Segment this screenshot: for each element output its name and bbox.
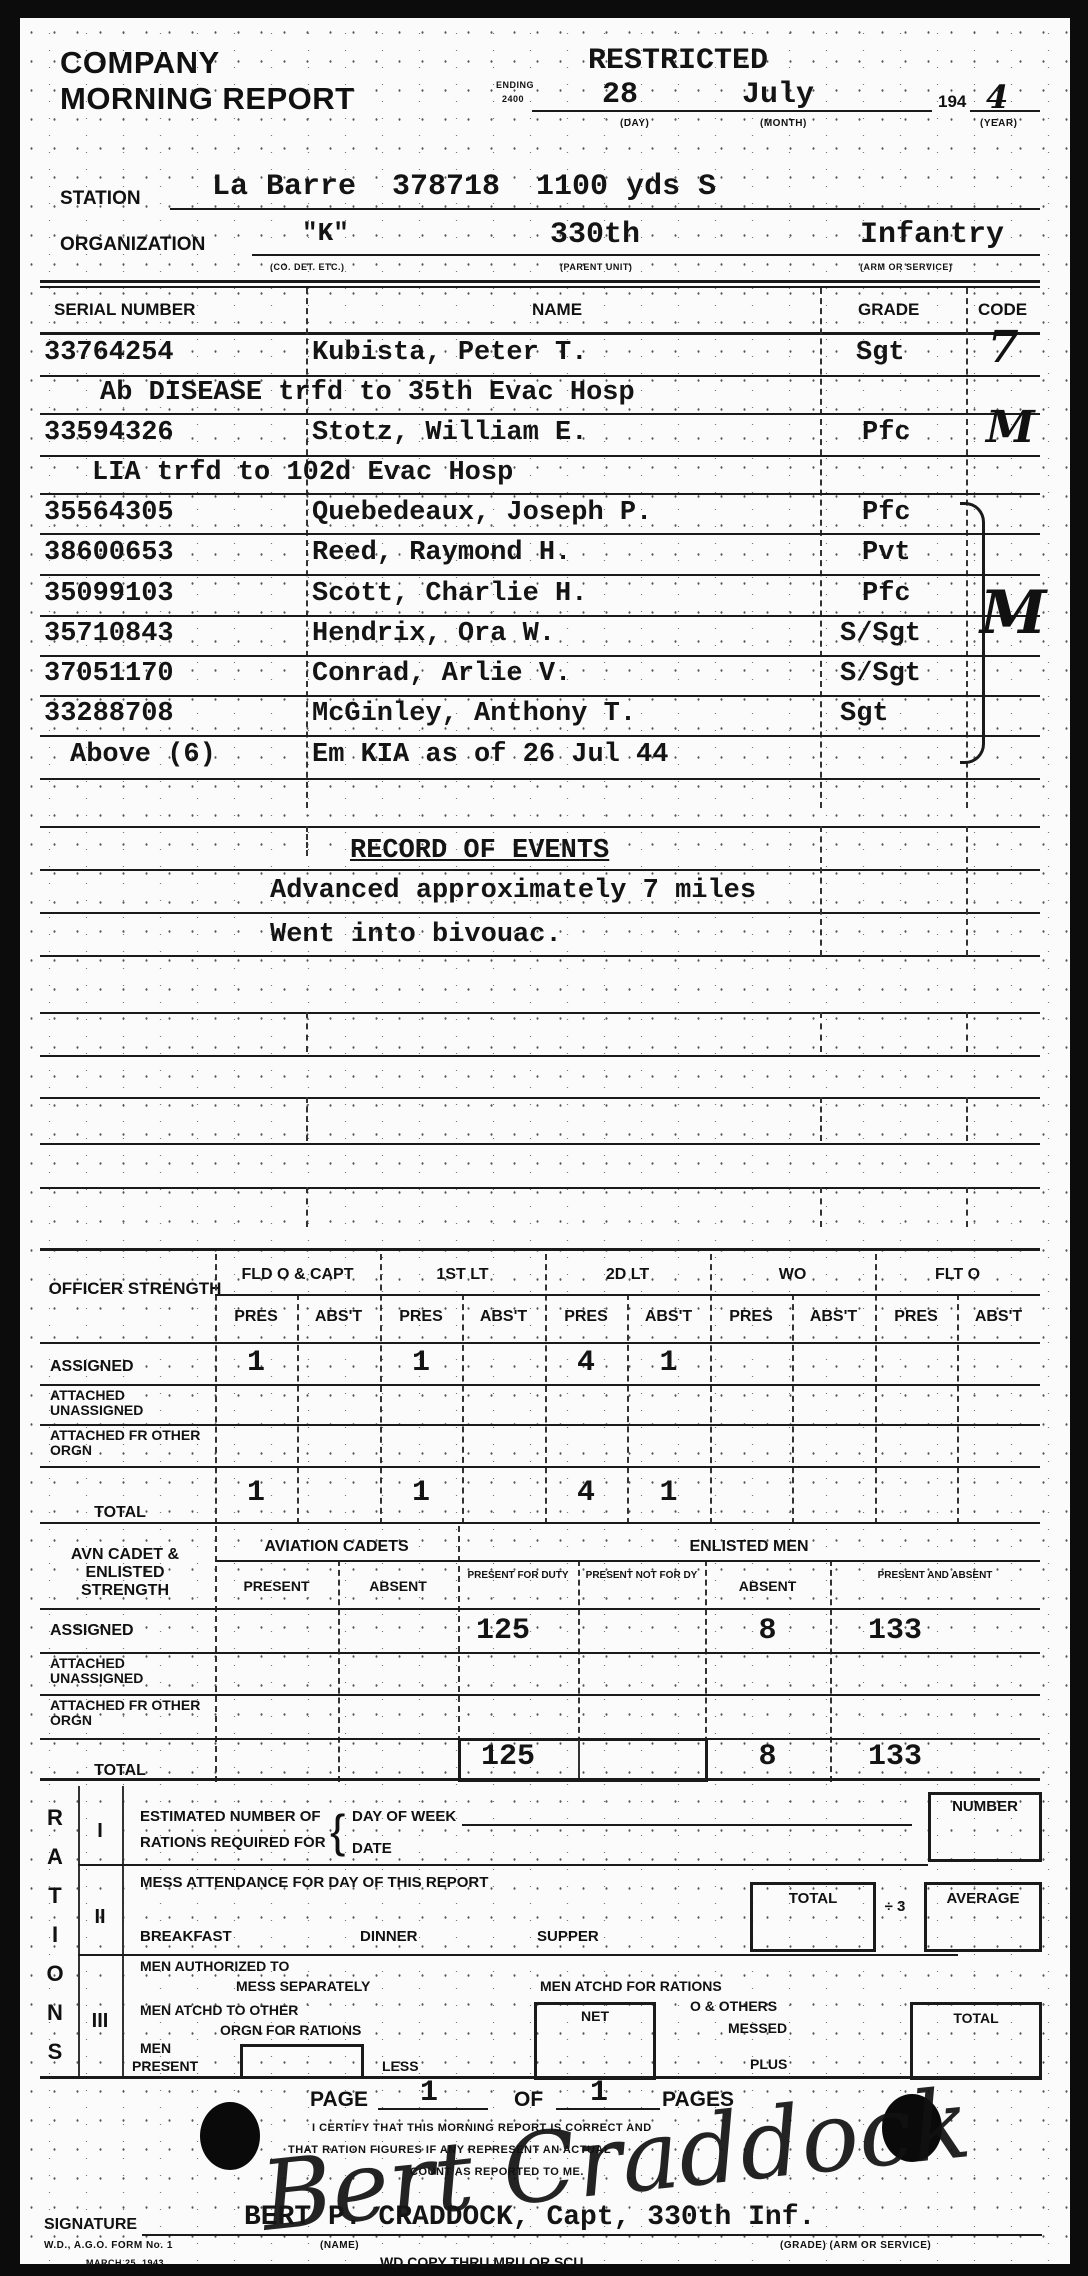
subcol-present-not-for-duty: PRESENT NOT FOR DY [578,1568,705,1584]
col-divider [306,1097,308,1141]
name-cell[interactable]: Quebedeaux, Joseph P. [312,498,652,528]
name-caption: (NAME) [320,2240,359,2251]
mess-separately-label: MESS SEPARATELY [236,1978,370,1994]
col-divider [306,826,308,856]
value-cell[interactable]: 1 [627,1346,710,1380]
col-divider [966,1187,968,1227]
enlisted-men-header: ENLISTED MEN [458,1538,1040,1556]
value-cell[interactable]: 1 [627,1476,710,1510]
report-year[interactable]: 4 [986,78,1008,116]
organization-underline [252,254,1040,256]
value-cell[interactable]: 133 [830,1740,960,1774]
code-cell[interactable]: M [986,402,1035,453]
col-divider [966,826,968,956]
serial-cell[interactable]: 33764254 [44,338,174,368]
aviation-cadets-header: AVIATION CADETS [215,1538,458,1556]
group-fld-capt: FLD O & CAPT [215,1266,380,1284]
divide-by-three: ÷ 3 [880,1898,910,1915]
value-cell[interactable]: 8 [705,1614,830,1648]
value-cell[interactable]: 125 [458,1740,558,1774]
row-line [40,1097,1040,1099]
copy-note: WD COPY THRU MRU OR SCU [380,2254,584,2270]
col-divider [820,1097,822,1141]
signer-name[interactable]: BERT P. CRADDOCK, Capt, 330th Inf. [244,2202,815,2233]
grade-cell[interactable]: Pfc [862,579,911,609]
signature-line [142,2234,1042,2236]
breakfast-label: BREAKFAST [140,1928,232,1945]
subcol-pres: PRES [215,1308,297,1326]
ending-time: 2400 [502,94,524,104]
remark-cell[interactable]: Ab DISEASE trfd to 35th Evac Hosp [100,378,635,408]
name-cell[interactable]: Hendrix, Ora W. [312,619,555,649]
name-cell[interactable]: McGinley, Anthony T. [312,699,636,729]
name-cell[interactable]: Kubista, Peter T. [312,338,587,368]
company-value[interactable]: "K" [302,218,349,248]
subcol-enlisted-absent: ABSENT [705,1578,830,1594]
row-line [40,826,1040,828]
col-divider [306,1187,308,1227]
men-present-label-1: MEN [140,2040,171,2056]
remark-cell[interactable]: LIA trfd to 102d Evac Hosp [92,458,513,488]
parent-unit-value[interactable]: 330th [550,218,640,252]
subcol-abst: ABS'T [792,1308,875,1326]
men-present-box[interactable] [240,2044,364,2079]
serial-cell[interactable]: 35099103 [44,579,174,609]
grade-cell[interactable]: Pfc [862,498,911,528]
event-line-2[interactable]: Went into bivouac. [270,920,562,950]
officer-strength-title: OFFICER STRENGTH [40,1280,230,1298]
row-line [40,375,1040,377]
net-label: NET [534,2008,656,2024]
rations-side-label: RATIONS [40,1798,70,2071]
row-line [40,912,1040,914]
subcol-pres: PRES [545,1308,627,1326]
row-line [40,493,1040,495]
grade-cell[interactable]: Sgt [856,338,905,368]
ending-label: ENDING [496,80,534,90]
rations-section: RATIONS I ESTIMATED NUMBER OF RATIONS RE… [40,1786,1040,2076]
col-divider-2 [820,288,822,808]
less-label: LESS [382,2058,419,2074]
group-wo: WO [710,1266,875,1284]
section-iii-numeral: III [78,2010,122,2033]
year-prefix: 194 [938,92,966,112]
grade-cell[interactable]: Pfc [862,418,911,448]
row-line [40,413,1040,415]
subcol-abst: ABS'T [957,1308,1040,1326]
serial-cell[interactable]: 35564305 [44,498,174,528]
row-line [40,735,1040,737]
table-top-border [40,280,1040,283]
grade-caption: (GRADE) (ARM OR SERVICE) [780,2240,931,2251]
grade-cell[interactable]: Sgt [840,699,889,729]
day-caption: (DAY) [620,118,649,129]
plus-label: PLUS [750,2056,787,2072]
row-line [40,1187,1040,1189]
form-id: W.D., A.G.O. FORM No. 1 [44,2240,173,2251]
col-divider [820,1012,822,1052]
code-cell[interactable]: 7 [988,322,1019,373]
men-present-label-2: PRESENT [132,2058,198,2074]
row-line [40,574,1040,576]
subcol-present: PRESENT [215,1578,338,1594]
row-label-total: TOTAL [60,1504,180,1522]
subcol-pres: PRES [380,1308,462,1326]
subcol-pres: PRES [875,1308,957,1326]
section-ii-numeral: II [78,1906,122,1929]
subcol-abst: ABS'T [297,1308,380,1326]
name-cell[interactable]: Conrad, Arlie V. [312,659,571,689]
estimated-rations-label: ESTIMATED NUMBER OF [140,1808,321,1825]
enlisted-strength-table: AVN CADET & ENLISTED STRENGTH AVIATION C… [40,1526,1040,1782]
value-cell[interactable]: 4 [545,1346,627,1380]
section-i-numeral: I [78,1820,122,1843]
row-label-assigned: ASSIGNED [40,1358,170,1376]
col-divider [306,1012,308,1052]
enlisted-strength-title: AVN CADET & ENLISTED STRENGTH [40,1546,210,1600]
row-line [40,695,1040,697]
men-atchd-rations-label: MEN ATCHD FOR RATIONS [540,1978,722,1994]
row-label-attached-unassigned: ATTACHED UNASSIGNED [40,1656,210,1686]
rations-required-label: RATIONS REQUIRED FOR [140,1834,326,1851]
name-cell[interactable]: Scott, Charlie H. [312,579,587,609]
report-day[interactable]: 28 [602,78,638,112]
row-label-attached-fr-other: ATTACHED FR OTHER ORGN [40,1428,210,1458]
value-cell[interactable]: 125 [458,1614,548,1648]
row-line [40,1143,1040,1145]
section-divider [40,1248,1040,1251]
row-label-attached-unassigned: ATTACHED UNASSIGNED [40,1388,210,1418]
record-of-events-title: RECORD OF EVENTS [350,836,609,866]
row-label-attached-fr-other: ATTACHED FR OTHER ORGN [40,1698,210,1728]
dinner-label: DINNER [360,1928,418,1945]
value-cell[interactable]: 133 [830,1614,960,1648]
men-atchd-other-label: MEN ATCHD TO OTHER [140,2002,298,2018]
binder-hole-left [200,2102,260,2170]
date-underline [532,110,932,112]
o-and-others-label: O & OTHERS [690,1998,777,2014]
row-line [40,533,1040,535]
day-of-week-line [462,1824,912,1826]
year-caption: (YEAR) [980,118,1017,129]
col-divider [820,826,822,956]
summary-remark-cell[interactable]: Em KIA as of 26 Jul 44 [312,740,668,770]
arm-caption: (ARM OR SERVICE) [860,262,952,272]
name-cell[interactable]: Reed, Raymond H. [312,538,571,568]
station-underline [170,208,1040,210]
brace-icon: { [330,1804,345,1858]
subcol-pres: PRES [710,1308,792,1326]
mess-total-label: TOTAL [750,1890,876,1907]
serial-cell[interactable]: 35710843 [44,619,174,649]
col-divider-1 [306,288,308,808]
station-value[interactable]: La Barre 378718 1100 yds S [212,170,716,204]
row-line [40,1012,1040,1014]
row-line [40,1055,1040,1057]
value-cell[interactable]: 1 [215,1346,297,1380]
arm-value[interactable]: Infantry [860,218,1004,252]
col-header-serial: SERIAL NUMBER [54,300,195,320]
mess-attendance-label: MESS ATTENDANCE FOR DAY OF THIS REPORT [140,1874,488,1891]
subcol-abst: ABS'T [627,1308,710,1326]
grade-cell[interactable]: S/Sgt [840,659,921,689]
col-divider [966,1097,968,1141]
group-code-mark[interactable]: M [980,578,1046,648]
month-caption: (MONTH) [760,118,807,129]
row-line [40,615,1040,617]
serial-cell[interactable]: 37051170 [44,659,174,689]
form-title-line1: COMPANY [60,46,220,80]
officer-strength-table: OFFICER STRENGTH FLD O & CAPT 1ST LT 2D … [40,1254,1040,1526]
page-number[interactable]: 1 [420,2076,438,2110]
col-header-name: NAME [532,300,582,320]
men-authorized-label: MEN AUTHORIZED TO [140,1958,289,1974]
subcol-present-and-absent: PRESENT AND ABSENT [830,1568,1040,1584]
group-1st-lt: 1ST LT [380,1266,545,1284]
company-caption: (CO. DET. ETC.) [270,262,345,272]
orgn-rations-label: ORGN FOR RATIONS [220,2022,361,2038]
row-line [40,869,1040,871]
subcol-present-for-duty: PRESENT FOR DUTY [458,1568,578,1584]
day-of-week-label: DAY OF WEEK [352,1808,456,1825]
group-flt-o: FLT O [875,1266,1040,1284]
signature-label: SIGNATURE [44,2216,137,2234]
messed-label: MESSED [728,2020,787,2036]
row-line [40,655,1040,657]
serial-cell[interactable]: 33288708 [44,699,174,729]
form-title-line2: MORNING REPORT [60,82,355,116]
average-label: AVERAGE [924,1890,1042,1907]
serial-cell[interactable]: 33594326 [44,418,174,448]
col-divider [820,1187,822,1227]
organization-label: ORGANIZATION [60,234,205,256]
ration-total-label: TOTAL [910,2010,1042,2026]
report-month[interactable]: July [742,78,814,112]
row-line [40,778,1040,780]
classification-stamp: RESTRICTED [588,44,768,78]
grade-cell[interactable]: Pvt [862,538,911,568]
subcol-absent: ABSENT [338,1578,458,1594]
date-label: DATE [352,1840,392,1857]
value-cell[interactable]: 8 [705,1740,830,1774]
number-box-label: NUMBER [928,1798,1042,1815]
serial-cell[interactable]: 38600653 [44,538,174,568]
col-header-grade: GRADE [858,300,919,320]
supper-label: SUPPER [537,1928,599,1945]
row-line [40,955,1040,957]
parent-caption: (PARENT UNIT) [560,262,632,272]
summary-serial-cell[interactable]: Above (6) [70,740,216,770]
col-divider [966,1012,968,1052]
grade-cell[interactable]: S/Sgt [840,619,921,649]
value-cell[interactable]: 4 [545,1476,627,1510]
col-header-code: CODE [978,300,1027,320]
row-line [40,455,1040,457]
header-bottom-border [40,332,1040,335]
value-cell[interactable]: 1 [380,1346,462,1380]
page-label: PAGE [310,2088,368,2112]
form-date: MARCH 25, 1943 [86,2258,164,2268]
value-cell[interactable]: 1 [215,1476,297,1510]
table-top-border-2 [40,286,1040,288]
station-label: STATION [60,188,141,210]
value-cell[interactable]: 1 [380,1476,462,1510]
event-line-1[interactable]: Advanced approximately 7 miles [270,876,756,906]
morning-report-form: COMPANY MORNING REPORT RESTRICTED ENDING… [20,18,1070,2264]
of-label: OF [514,2088,543,2112]
row-label-assigned: ASSIGNED [40,1622,170,1640]
subcol-abst: ABS'T [462,1308,545,1326]
name-cell[interactable]: Stotz, William E. [312,418,587,448]
group-2d-lt: 2D LT [545,1266,710,1284]
